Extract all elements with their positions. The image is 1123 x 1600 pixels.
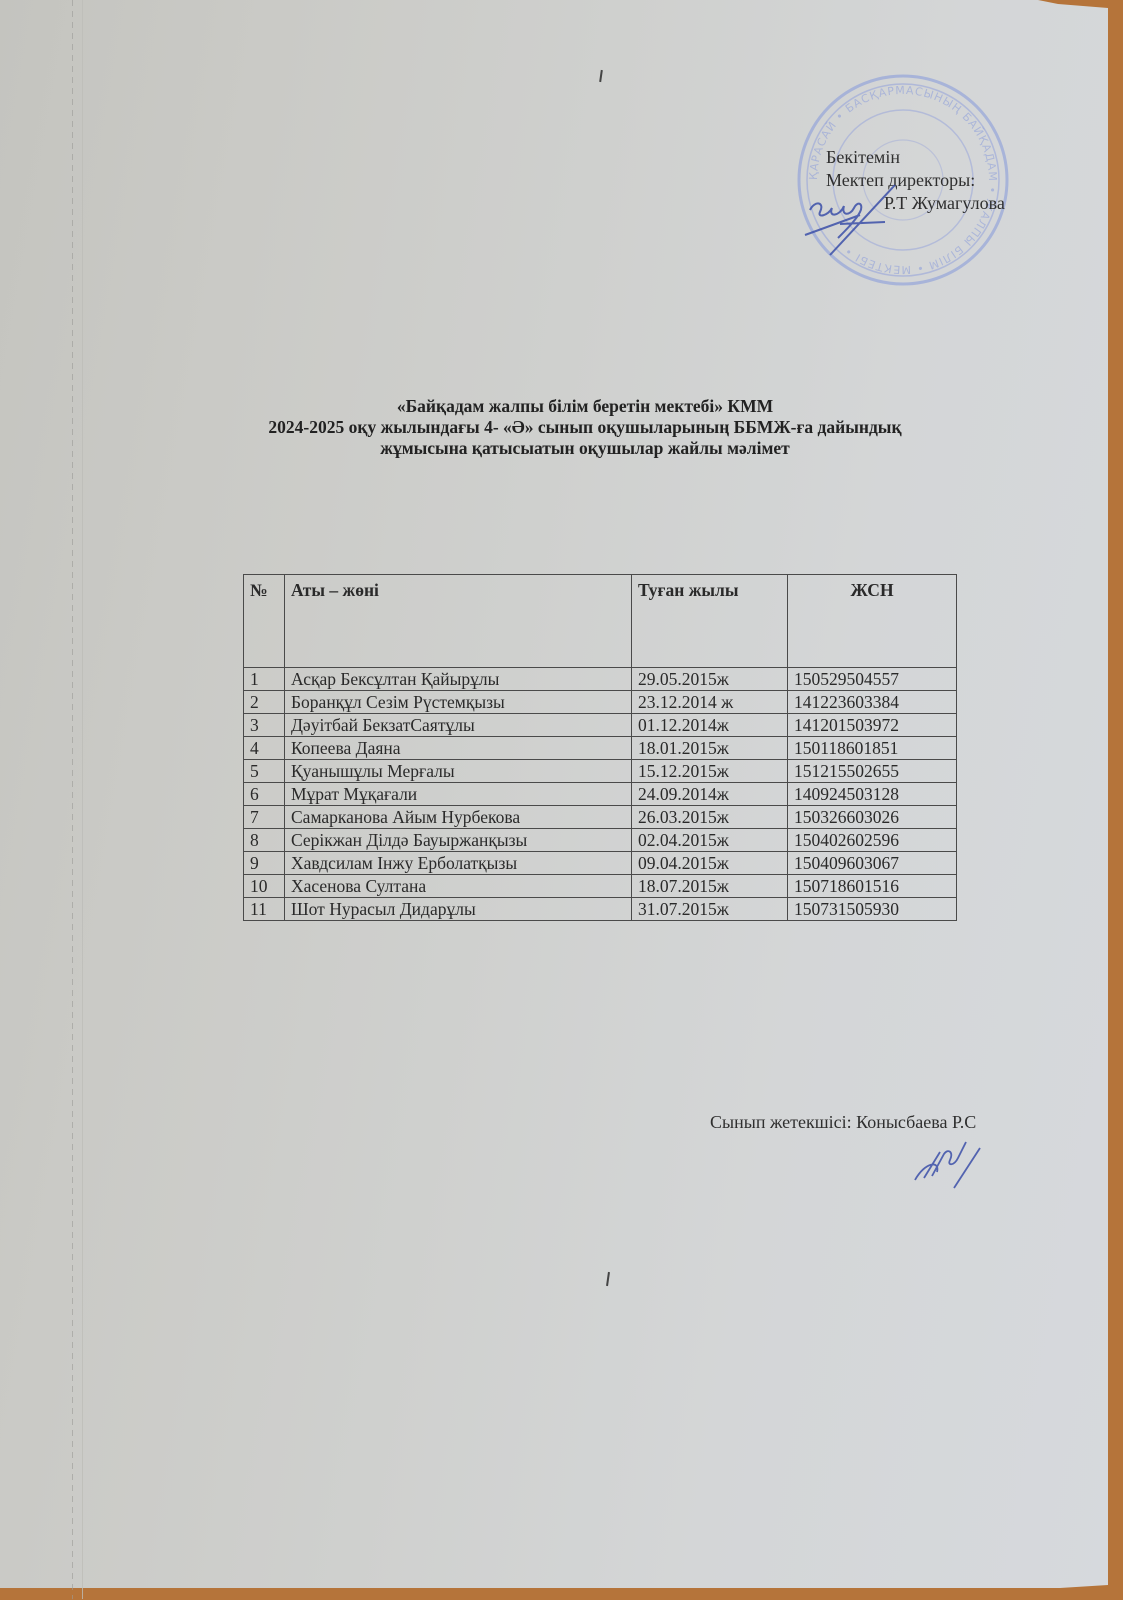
row-number: 11 <box>244 898 285 921</box>
header-birth-date: Туған жылы <box>632 575 788 668</box>
iin-number: 150529504557 <box>788 668 957 691</box>
birth-date: 18.07.2015ж <box>632 875 788 898</box>
table-row: 7Самарканова Айым Нурбекова26.03.2015ж15… <box>244 806 957 829</box>
row-number: 2 <box>244 691 285 714</box>
table-row: 5Қуанышұлы Мерғалы15.12.2015ж15121550265… <box>244 760 957 783</box>
iin-number: 141201503972 <box>788 714 957 737</box>
row-number: 3 <box>244 714 285 737</box>
table-header-row: № Аты – жөні Туған жылы ЖСН <box>244 575 957 668</box>
row-number: 4 <box>244 737 285 760</box>
iin-number: 141223603384 <box>788 691 957 714</box>
fold-line <box>82 0 83 1600</box>
iin-number: 150718601516 <box>788 875 957 898</box>
birth-date: 24.09.2014ж <box>632 783 788 806</box>
approval-title: Бекітемін <box>826 146 1005 169</box>
document-title: «Байқадам жалпы білім беретін мектебі» К… <box>150 396 1020 459</box>
iin-number: 151215502655 <box>788 760 957 783</box>
student-name: Мұрат Мұқағали <box>285 783 632 806</box>
student-name: Дәуітбай БекзатСаятұлы <box>285 714 632 737</box>
scan-mark <box>606 1272 610 1286</box>
student-name: Қуанышұлы Мерғалы <box>285 760 632 783</box>
student-name: Шот Нурасыл Дидарұлы <box>285 898 632 921</box>
table-row: 3Дәуітбай БекзатСаятұлы01.12.2014ж141201… <box>244 714 957 737</box>
title-line-3: жұмысына қатысыатын оқушылар жайлы мәлім… <box>150 438 1020 459</box>
document-page: ҚАРАСАЙ • БАСҚАРМАСЫНЫҢ БАЙҚАДАМ • ЖАЛПЫ… <box>0 0 1108 1588</box>
iin-number: 150326603026 <box>788 806 957 829</box>
student-name: Асқар Бексұлтан Қайырұлы <box>285 668 632 691</box>
header-iin: ЖСН <box>788 575 957 668</box>
table-row: 2Боранқұл Сезім Рүстемқызы23.12.2014 ж14… <box>244 691 957 714</box>
student-name: Хавдсилам Інжу Ерболатқызы <box>285 852 632 875</box>
iin-number: 150402602596 <box>788 829 957 852</box>
header-full-name: Аты – жөні <box>285 575 632 668</box>
iin-number: 150409603067 <box>788 852 957 875</box>
student-name: Серікжан Ділдә Бауыржанқызы <box>285 829 632 852</box>
birth-date: 15.12.2015ж <box>632 760 788 783</box>
row-number: 10 <box>244 875 285 898</box>
students-table: № Аты – жөні Туған жылы ЖСН 1Асқар Бексұ… <box>243 574 957 921</box>
row-number: 6 <box>244 783 285 806</box>
director-signature-icon <box>800 180 910 260</box>
table-row: 4Копеева Даяна18.01.2015ж150118601851 <box>244 737 957 760</box>
student-name: Боранқұл Сезім Рүстемқызы <box>285 691 632 714</box>
teacher-signature-icon <box>910 1140 990 1190</box>
title-line-2: 2024-2025 оқу жылындағы 4- «Ә» сынып оқу… <box>150 417 1020 438</box>
birth-date: 02.04.2015ж <box>632 829 788 852</box>
table-row: 11Шот Нурасыл Дидарұлы31.07.2015ж1507315… <box>244 898 957 921</box>
iin-number: 150731505930 <box>788 898 957 921</box>
iin-number: 150118601851 <box>788 737 957 760</box>
table-row: 10Хасенова Султана18.07.2015ж15071860151… <box>244 875 957 898</box>
class-teacher: Сынып жетекшісі: Конысбаева Р.С <box>710 1112 976 1133</box>
header-number: № <box>244 575 285 668</box>
row-number: 8 <box>244 829 285 852</box>
fold-line <box>72 0 73 1600</box>
table-row: 6Мұрат Мұқағали24.09.2014ж140924503128 <box>244 783 957 806</box>
student-name: Копеева Даяна <box>285 737 632 760</box>
table-row: 1Асқар Бексұлтан Қайырұлы29.05.2015ж1505… <box>244 668 957 691</box>
iin-number: 140924503128 <box>788 783 957 806</box>
birth-date: 01.12.2014ж <box>632 714 788 737</box>
school-name: «Байқадам жалпы білім беретін мектебі» К… <box>150 396 1020 417</box>
birth-date: 18.01.2015ж <box>632 737 788 760</box>
student-name: Самарканова Айым Нурбекова <box>285 806 632 829</box>
row-number: 7 <box>244 806 285 829</box>
row-number: 9 <box>244 852 285 875</box>
birth-date: 26.03.2015ж <box>632 806 788 829</box>
row-number: 1 <box>244 668 285 691</box>
table-row: 8Серікжан Ділдә Бауыржанқызы02.04.2015ж1… <box>244 829 957 852</box>
birth-date: 29.05.2015ж <box>632 668 788 691</box>
row-number: 5 <box>244 760 285 783</box>
table-row: 9Хавдсилам Інжу Ерболатқызы09.04.2015ж15… <box>244 852 957 875</box>
birth-date: 23.12.2014 ж <box>632 691 788 714</box>
scan-mark <box>599 70 603 82</box>
student-name: Хасенова Султана <box>285 875 632 898</box>
birth-date: 09.04.2015ж <box>632 852 788 875</box>
birth-date: 31.07.2015ж <box>632 898 788 921</box>
